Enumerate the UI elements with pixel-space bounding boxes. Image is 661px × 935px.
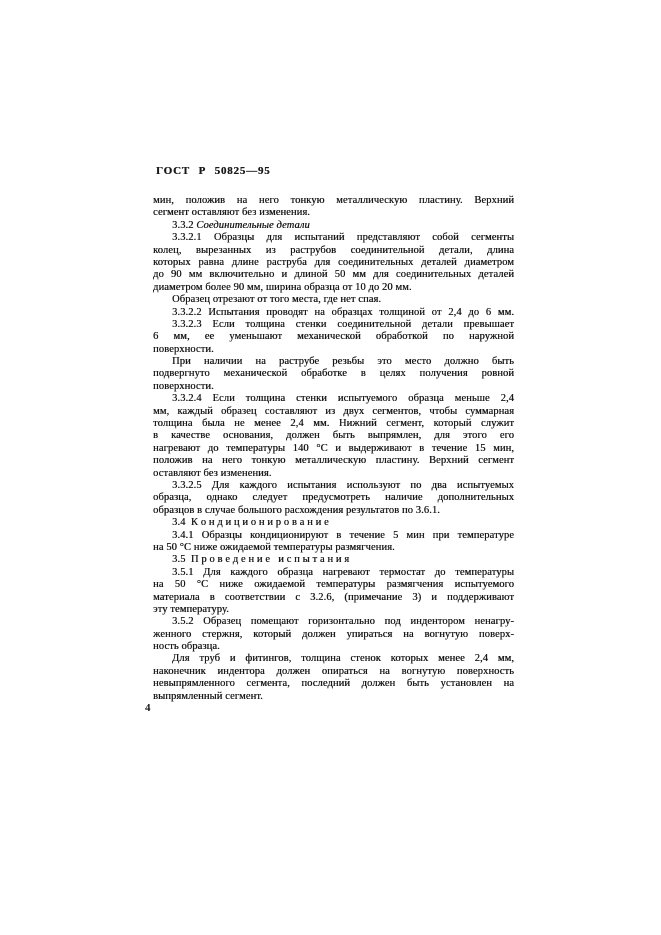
text-segment: 6 мм, ее уменьшают механической обработк…: [153, 331, 514, 342]
text-line: наконечник индентора должен опираться на…: [153, 666, 514, 678]
text-line: которых равна длине раструба для соедини…: [153, 257, 514, 269]
text-segment: материала в соответствии с 3.2.6, (приме…: [153, 592, 514, 603]
text-line: 3.4.1 Образцы кондиционируют в течение 5…: [153, 530, 514, 542]
text-line: 3.5.1 Для каждого образца нагревают терм…: [153, 567, 514, 579]
text-line: поверхности.: [153, 381, 514, 393]
text-segment: 3.5.1 Для каждого образца нагревают терм…: [172, 567, 514, 578]
page-number: 4: [145, 702, 151, 714]
text-segment: мин, положив на него тонкую металлическу…: [153, 195, 514, 206]
text-line: Образец отрезают от того места, где нет …: [153, 294, 514, 306]
text-line: эту температуру.: [153, 604, 514, 616]
text-segment: 3.3.2.5 Для каждого испытания используют…: [172, 480, 514, 491]
text-segment: сегмент оставляют без изменения.: [153, 207, 310, 218]
text-segment: наконечник индентора должен опираться на…: [153, 666, 514, 677]
text-line: материала в соответствии с 3.2.6, (приме…: [153, 592, 514, 604]
text-segment: 3.3.2.2 Испытания проводят на образцах т…: [172, 307, 514, 318]
text-segment: невыпрямленного сегмента, последний долж…: [153, 678, 514, 689]
text-line: до 90 мм включительно и длиной 50 мм для…: [153, 269, 514, 281]
text-segment: 3.3.2: [172, 220, 196, 231]
text-line: 3.3.2.2 Испытания проводят на образцах т…: [153, 307, 514, 319]
paragraph: 3.4.1 Образцы кондиционируют в течение 5…: [153, 530, 514, 555]
text-segment: 3.5 П р о в е д е н и е и с п ы т а н и …: [172, 554, 349, 565]
text-segment: 3.4.1 Образцы кондиционируют в течение 5…: [172, 530, 514, 541]
text-segment: поверхности.: [153, 381, 214, 392]
text-line: 3.3.2.5 Для каждого испытания используют…: [153, 480, 514, 492]
text-segment: положив на него тонкую металлическую пла…: [153, 455, 514, 466]
text-line: в качестве основания, должен быть выпрям…: [153, 430, 514, 442]
text-line: 3.5 П р о в е д е н и е и с п ы т а н и …: [153, 554, 514, 566]
text-segment: Для труб и фитингов, толщина стенок кото…: [172, 653, 514, 664]
text-segment: 3.3.2.1 Образцы для испытаний представля…: [172, 232, 514, 243]
paragraph: 3.3.2.4 Если толщина стенки испытуемого …: [153, 393, 514, 480]
italic-text-segment: Соединительные детали: [196, 220, 310, 231]
text-line: толщина была не менее 2,4 мм. Нижний сег…: [153, 418, 514, 430]
text-line: женного стержня, который должен упиратьс…: [153, 629, 514, 641]
text-segment: образца, однако следует предусмотреть на…: [153, 492, 514, 503]
text-line: 3.5.2 Образец помещают горизонтально под…: [153, 616, 514, 628]
text-line: ность образца.: [153, 641, 514, 653]
text-line: 3.3.2 Соединительные детали: [153, 220, 514, 232]
paragraph: мин, положив на него тонкую металлическу…: [153, 195, 514, 220]
text-segment: эту температуру.: [153, 604, 229, 615]
text-line: Для труб и фитингов, толщина стенок кото…: [153, 653, 514, 665]
text-line: При наличии на раструбе резьбы это место…: [153, 356, 514, 368]
text-segment: 3.3.2.4 Если толщина стенки испытуемого …: [172, 393, 514, 404]
text-segment: до 90 мм включительно и длиной 50 мм для…: [153, 269, 514, 280]
text-segment: выпрямленный сегмент.: [153, 691, 263, 702]
text-line: на 50 °С ниже ожидаемой температуры разм…: [153, 542, 514, 554]
text-segment: 3.3.2.3 Если толщина стенки соединительн…: [172, 319, 514, 330]
paragraph: 3.5.2 Образец помещают горизонтально под…: [153, 616, 514, 653]
text-segment: толщина была не менее 2,4 мм. Нижний сег…: [153, 418, 514, 429]
text-line: 3.3.2.4 Если толщина стенки испытуемого …: [153, 393, 514, 405]
paragraph: Образец отрезают от того места, где нет …: [153, 294, 514, 306]
paragraph: 3.3.2 Соединительные детали: [153, 220, 514, 232]
text-line: сегмент оставляют без изменения.: [153, 207, 514, 219]
page: ГОСТ Р 50825—95 мин, положив на него тон…: [0, 0, 661, 935]
paragraph: 3.3.2.2 Испытания проводят на образцах т…: [153, 307, 514, 319]
text-segment: 3.5.2 Образец помещают горизонтально под…: [172, 616, 514, 627]
document-body: мин, положив на него тонкую металлическу…: [153, 195, 514, 703]
paragraph: При наличии на раструбе резьбы это место…: [153, 356, 514, 393]
paragraph: 3.3.2.5 Для каждого испытания используют…: [153, 480, 514, 517]
text-line: колец, вырезанных из раструбов соедините…: [153, 245, 514, 257]
text-segment: 3.4 К о н д и ц и о н и р о в а н и е: [172, 517, 329, 528]
paragraph: 3.5.1 Для каждого образца нагревают терм…: [153, 567, 514, 617]
text-line: выпрямленный сегмент.: [153, 691, 514, 703]
text-segment: образцов в случае большого расхождения р…: [153, 505, 440, 516]
text-segment: подвергнуто механической обработке в цел…: [153, 368, 514, 379]
paragraph: 3.4 К о н д и ц и о н и р о в а н и е: [153, 517, 514, 529]
text-line: нагревают до температуры 140 °С и выдерж…: [153, 443, 514, 455]
text-line: образцов в случае большого расхождения р…: [153, 505, 514, 517]
text-line: положив на него тонкую металлическую пла…: [153, 455, 514, 467]
text-line: мм, каждый образец составляют из двух се…: [153, 406, 514, 418]
text-segment: оставляют без изменения.: [153, 468, 271, 479]
text-segment: мм, каждый образец составляют из двух се…: [153, 406, 514, 417]
text-line: 6 мм, ее уменьшают механической обработк…: [153, 331, 514, 343]
text-segment: ность образца.: [153, 641, 220, 652]
text-segment: При наличии на раструбе резьбы это место…: [172, 356, 514, 367]
text-segment: нагревают до температуры 140 °С и выдерж…: [153, 443, 514, 454]
text-segment: колец, вырезанных из раструбов соедините…: [153, 245, 514, 256]
text-segment: диаметром более 90 мм, ширина образца от…: [153, 282, 412, 293]
text-line: поверхности.: [153, 344, 514, 356]
paragraph: 3.3.2.1 Образцы для испытаний представля…: [153, 232, 514, 294]
text-line: оставляют без изменения.: [153, 468, 514, 480]
text-segment: Образец отрезают от того места, где нет …: [172, 294, 381, 305]
text-line: невыпрямленного сегмента, последний долж…: [153, 678, 514, 690]
text-segment: в качестве основания, должен быть выпрям…: [153, 430, 514, 441]
paragraph: Для труб и фитингов, толщина стенок кото…: [153, 653, 514, 703]
text-segment: женного стержня, который должен упиратьс…: [153, 629, 514, 640]
text-segment: которых равна длине раструба для соедини…: [153, 257, 514, 268]
paragraph: 3.5 П р о в е д е н и е и с п ы т а н и …: [153, 554, 514, 566]
text-line: мин, положив на него тонкую металлическу…: [153, 195, 514, 207]
text-line: 3.3.2.1 Образцы для испытаний представля…: [153, 232, 514, 244]
text-line: 3.3.2.3 Если толщина стенки соединительн…: [153, 319, 514, 331]
paragraph: 3.3.2.3 Если толщина стенки соединительн…: [153, 319, 514, 356]
text-segment: поверхности.: [153, 344, 214, 355]
text-segment: на 50 °С ниже ожидаемой температуры разм…: [153, 542, 395, 553]
text-line: 3.4 К о н д и ц и о н и р о в а н и е: [153, 517, 514, 529]
text-line: диаметром более 90 мм, ширина образца от…: [153, 282, 514, 294]
text-segment: на 50 °С ниже ожидаемой температуры разм…: [153, 579, 514, 590]
text-line: образца, однако следует предусмотреть на…: [153, 492, 514, 504]
document-header: ГОСТ Р 50825—95: [156, 165, 270, 177]
text-line: подвергнуто механической обработке в цел…: [153, 368, 514, 380]
text-line: на 50 °С ниже ожидаемой температуры разм…: [153, 579, 514, 591]
